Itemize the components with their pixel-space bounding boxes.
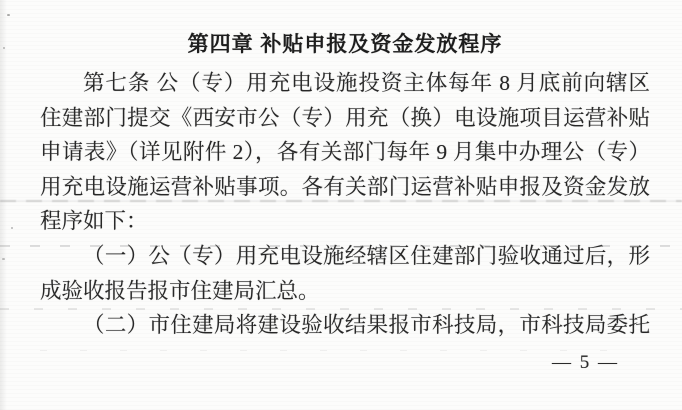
doc-line: （一）公（专）用充电设施经辖区住建部门验收通过后，形 <box>40 239 650 274</box>
chapter-title: 第四章 补贴申报及资金发放程序 <box>40 31 650 59</box>
doc-line: 第七条 公（专）用充电设施投资主体每年 8 月底前向辖区 <box>40 66 650 101</box>
document-body: 第七条 公（专）用充电设施投资主体每年 8 月底前向辖区 住建部门提交《西安市公… <box>40 66 650 343</box>
scan-speck-artifact <box>2 258 5 260</box>
doc-line: 程序如下： <box>40 204 650 239</box>
doc-line: （二）市住建局将建设验收结果报市科技局，市科技局委托 <box>40 308 650 343</box>
scan-edge-shadow <box>0 0 7 410</box>
scanned-document-page: 第四章 补贴申报及资金发放程序 第七条 公（专）用充电设施投资主体每年 8 月底… <box>0 0 682 410</box>
scan-speck-artifact <box>11 227 13 229</box>
doc-line: 成验收报告报市住建局汇总。 <box>40 274 650 309</box>
doc-line: 住建部门提交《西安市公（专）用充（换）电设施项目运营补贴 <box>40 101 650 136</box>
page-number: — 5 — <box>552 351 619 375</box>
scan-speck-artifact <box>3 47 5 49</box>
scan-streak-artifact <box>40 350 610 351</box>
doc-line: 用充电设施运营补贴事项。各有关部门运营补贴申报及资金发放 <box>40 170 650 205</box>
scan-speck-artifact <box>7 14 10 16</box>
doc-line: 申请表》（详见附件 2），各有关部门每年 9 月集中办理公（专） <box>40 135 650 170</box>
